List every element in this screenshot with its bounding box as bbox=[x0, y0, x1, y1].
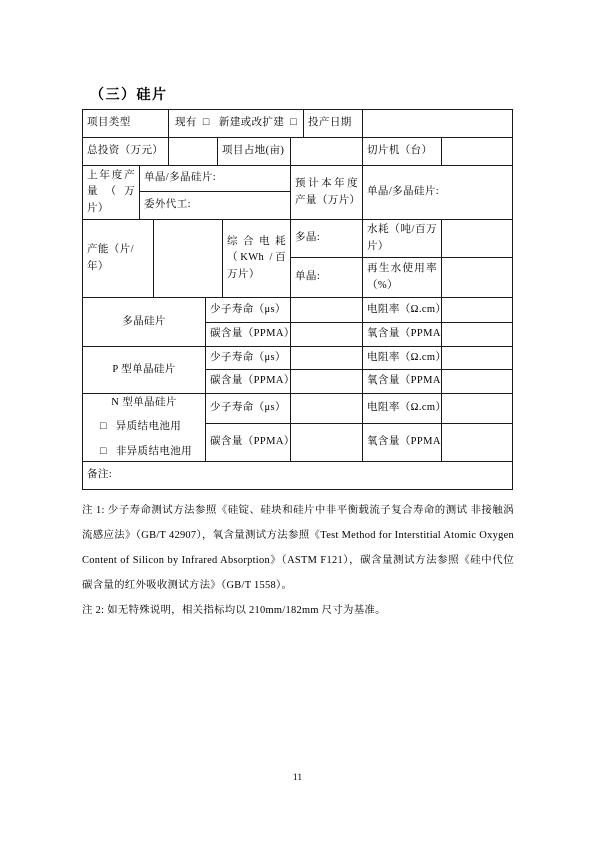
p-carbon-value-cell bbox=[291, 370, 363, 394]
multi-resistivity-value-cell bbox=[442, 298, 513, 323]
hjt-option: □异质结电池用 bbox=[87, 419, 201, 435]
power-consumption-label: 综合电耗（KWh /百万片） bbox=[223, 220, 291, 298]
forecast-output-label: 预计本年度产量（万片） bbox=[291, 166, 363, 220]
p-carbon-label: 碳含量（PPMA） bbox=[206, 370, 291, 394]
n-type-section-cell: N 型单晶硅片 □异质结电池用 □非异质结电池用 bbox=[83, 394, 206, 462]
non-hjt-label: 非异质结电池用 bbox=[116, 446, 192, 457]
hjt-checkbox: □ bbox=[100, 421, 107, 432]
remarks-cell: 备注: bbox=[83, 461, 513, 489]
multi-resistivity-label: 电阻率（Ω.cm） bbox=[363, 298, 442, 323]
land-area-value-cell bbox=[291, 138, 363, 166]
page-number: 11 bbox=[0, 773, 595, 783]
n-oxygen-value-cell bbox=[442, 423, 513, 461]
footnotes: 注 1: 少子寿命测试方法参照《硅锭、硅块和硅片中非平衡载流子复合寿命的测试 非… bbox=[82, 498, 514, 623]
existing-checkbox: □ bbox=[203, 117, 210, 128]
capacity-value-cell bbox=[154, 220, 223, 298]
p-lifetime-value-cell bbox=[291, 347, 363, 370]
n-lifetime-value-cell bbox=[291, 394, 363, 424]
total-investment-label: 总投资（万元） bbox=[83, 138, 169, 166]
n-resistivity-label: 电阻率（Ω.cm） bbox=[363, 394, 442, 424]
new-expand-option: 新建或改扩建□ bbox=[219, 115, 297, 131]
recycled-water-label: 再生水使用率（%） bbox=[363, 258, 442, 298]
table-row: P 型单晶硅片 少子寿命（μs） 电阻率（Ω.cm） bbox=[83, 347, 513, 370]
table-row: 上年度产量（万片） 单晶/多晶硅片: 预计本年度产量（万片） 单晶/多晶硅片: bbox=[83, 166, 513, 192]
existing-option: 现有□ bbox=[175, 115, 210, 131]
capacity-label: 产能（片/年） bbox=[83, 220, 154, 298]
n-lifetime-label: 少子寿命（μs） bbox=[206, 394, 291, 424]
silicon-wafer-form-table: 项目类型 现有□ 新建或改扩建□ 投产日期 总投资（万元） 项目占地(亩) 切片… bbox=[82, 109, 513, 490]
multi-lifetime-value-cell bbox=[291, 298, 363, 323]
multi-carbon-label: 碳含量（PPMA） bbox=[206, 323, 291, 347]
non-hjt-option: □非异质结电池用 bbox=[87, 444, 201, 460]
mono-field: 单晶: bbox=[291, 258, 363, 298]
multi-oxygen-value-cell bbox=[442, 323, 513, 347]
land-area-label: 项目占地(亩) bbox=[218, 138, 291, 166]
n-carbon-label: 碳含量（PPMA） bbox=[206, 423, 291, 461]
multi-carbon-value-cell bbox=[291, 323, 363, 347]
table-row: 备注: bbox=[83, 461, 513, 489]
p-type-section-label: P 型单晶硅片 bbox=[83, 347, 206, 394]
project-status-options: 现有□ 新建或改扩建□ bbox=[173, 115, 299, 131]
total-investment-value-cell bbox=[169, 138, 218, 166]
n-type-section-label: N 型单晶硅片 bbox=[87, 395, 201, 411]
n-oxygen-label: 氧含量（PPMA） bbox=[363, 423, 442, 461]
slicer-count-label: 切片机（台） bbox=[363, 138, 442, 166]
forecast-wafer-field: 单晶/多晶硅片: bbox=[363, 166, 513, 220]
table-row: 项目类型 现有□ 新建或改扩建□ 投产日期 bbox=[83, 110, 513, 138]
multi-field: 多晶: bbox=[291, 220, 363, 258]
water-consumption-value-cell bbox=[442, 220, 513, 258]
existing-label: 现有 bbox=[175, 117, 197, 128]
last-year-wafer-field: 单晶/多晶硅片: bbox=[140, 166, 291, 192]
page-title: （三）硅片 bbox=[90, 84, 168, 104]
project-type-label: 项目类型 bbox=[83, 110, 169, 138]
project-status-cell: 现有□ 新建或改扩建□ bbox=[169, 110, 304, 138]
table-row: 总投资（万元） 项目占地(亩) 切片机（台） bbox=[83, 138, 513, 166]
outsourcing-field: 委外代工: bbox=[140, 192, 291, 220]
p-resistivity-value-cell bbox=[442, 347, 513, 370]
hjt-label: 异质结电池用 bbox=[116, 421, 181, 432]
multi-wafer-section-label: 多晶硅片 bbox=[83, 298, 206, 347]
slicer-count-value-cell bbox=[442, 138, 513, 166]
production-date-label: 投产日期 bbox=[304, 110, 363, 138]
footnote-1: 注 1: 少子寿命测试方法参照《硅锭、硅块和硅片中非平衡载流子复合寿命的测试 非… bbox=[82, 498, 514, 598]
n-carbon-value-cell bbox=[291, 423, 363, 461]
p-resistivity-label: 电阻率（Ω.cm） bbox=[363, 347, 442, 370]
footnote-2: 注 2: 如无特殊说明，相关指标均以 210mm/182mm 尺寸为基准。 bbox=[82, 598, 514, 623]
p-oxygen-value-cell bbox=[442, 370, 513, 394]
new-expand-checkbox: □ bbox=[290, 117, 297, 128]
multi-lifetime-label: 少子寿命（μs） bbox=[206, 298, 291, 323]
p-oxygen-label: 氧含量（PPMA） bbox=[363, 370, 442, 394]
table-row: 产能（片/年） 综合电耗（KWh /百万片） 多晶: 水耗（吨/百万片） bbox=[83, 220, 513, 258]
table-row: 多晶硅片 少子寿命（μs） 电阻率（Ω.cm） bbox=[83, 298, 513, 323]
recycled-water-value-cell bbox=[442, 258, 513, 298]
table-row: N 型单晶硅片 □异质结电池用 □非异质结电池用 少子寿命（μs） 电阻率（Ω.… bbox=[83, 394, 513, 424]
multi-oxygen-label: 氧含量（PPMA） bbox=[363, 323, 442, 347]
non-hjt-checkbox: □ bbox=[100, 446, 107, 457]
p-lifetime-label: 少子寿命（μs） bbox=[206, 347, 291, 370]
production-date-value-cell bbox=[363, 110, 513, 138]
document-page: （三）硅片 项目类型 现有□ 新建或改扩建□ 投产日期 总投资（万元） bbox=[0, 0, 595, 841]
new-expand-label: 新建或改扩建 bbox=[219, 117, 284, 128]
water-consumption-label: 水耗（吨/百万片） bbox=[363, 220, 442, 258]
last-year-output-label: 上年度产量（万片） bbox=[83, 166, 140, 220]
n-resistivity-value-cell bbox=[442, 394, 513, 424]
